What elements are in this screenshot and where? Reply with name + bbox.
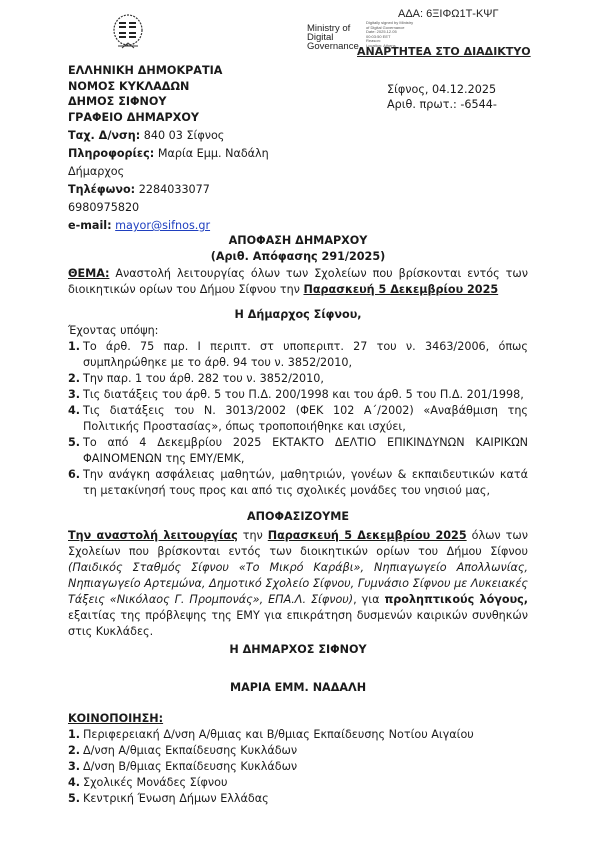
ruling-text: εξαιτίας της πρόβλεψης της ΕΜΥ για επικρ… [68, 609, 528, 638]
contact-block: Ταχ. Δ/νση: 840 03 Σίφνος Πληροφορίες: Μ… [68, 127, 269, 235]
ada-code: ΑΔΑ: 6ΞΙΦΩ1Τ-ΚΨΓ [398, 8, 499, 20]
item-text: Κεντρική Ένωση Δήμων Ελλάδας [83, 792, 269, 805]
decision-title: ΑΠΟΦΑΣΗ ΔΗΜΑΡΧΟΥ [68, 233, 528, 249]
address-row: Ταχ. Δ/νση: 840 03 Σίφνος [68, 127, 269, 145]
ministry-stamp: Ministry of Digital Governance [307, 24, 359, 51]
distribution-item: 2.Δ/νση Α/θμιας Εκπαίδευσης Κυκλάδων [68, 743, 528, 759]
item-number: 1. [68, 339, 80, 355]
issuer-line: ΔΗΜΟΣ ΣΙΦΝΟΥ [68, 94, 222, 110]
decision-number: (Αριθ. Απόφασης 291/2025) [68, 249, 528, 265]
item-number: 3. [68, 387, 80, 403]
info-label: Πληροφορίες: [68, 147, 154, 160]
consideration-item: 6.Την ανάγκη ασφάλειας μαθητών, μαθητριώ… [68, 467, 528, 499]
ruling-text: την [238, 529, 268, 542]
consideration-item: 5.Το από 4 Δεκεμβρίου 2025 ΕΚΤΑΚΤΟ ΔΕΛΤΙ… [68, 435, 528, 467]
ruling-reason: προληπτικούς λόγους, [384, 593, 528, 606]
consideration-item: 3.Τις διατάξεις του άρθ. 5 του Π.Δ. 200/… [68, 387, 528, 403]
item-number: 2. [68, 743, 80, 759]
signatory-role: Η ΔΗΜΑΡΧΟΣ ΣΙΦΝΟΥ [68, 642, 528, 658]
email-link[interactable]: mayor@sifnos.gr [115, 219, 210, 232]
consideration-item: 2.Την παρ. 1 του άρθ. 282 του ν. 3852/20… [68, 371, 528, 387]
distribution-item: 4.Σχολικές Μονάδες Σίφνου [68, 775, 528, 791]
issuer-line: ΓΡΑΦΕΙΟ ΔΗΜΑΡΧΟΥ [68, 110, 222, 126]
ministry-line: Governance [307, 42, 359, 51]
info-role: Δήμαρχος [68, 163, 269, 181]
distribution-item: 5.Κεντρική Ένωση Δήμων Ελλάδας [68, 791, 528, 807]
item-text: Την παρ. 1 του άρθ. 282 του ν. 3852/2010… [83, 372, 324, 385]
issuer-block: ΕΛΛΗΝΙΚΗ ΔΗΜΟΚΡΑΤΙΑ ΝΟΜΟΣ ΚΥΚΛΑΔΩΝ ΔΗΜΟΣ… [68, 63, 222, 125]
consideration-item: 4.Τις διατάξεις του Ν. 3013/2002 (ΦΕΚ 10… [68, 403, 528, 435]
subject-date: Παρασκευή 5 Δεκεμβρίου 2025 [303, 283, 498, 296]
mayor-heading: Η Δήμαρχος Σίφνου, [68, 307, 528, 323]
item-text: Δ/νση Β/θμιας Εκπαίδευσης Κυκλάδων [83, 760, 297, 773]
we-decide-heading: ΑΠΟΦΑΣΙΖΟΥΜΕ [68, 509, 528, 525]
phone-value: 2284033077 [139, 183, 210, 196]
item-number: 6. [68, 467, 80, 483]
info-row: Πληροφορίες: Μαρία Εμμ. Ναδάλη [68, 145, 269, 163]
consideration-item: 1.Το άρθ. 75 παρ. Ι περιπτ. στ υποπεριπτ… [68, 339, 528, 371]
item-number: 4. [68, 775, 80, 791]
place-date: Σίφνος, 04.12.2025 [387, 82, 496, 98]
posting-notice: ΑΝΑΡΤΗΤΕΑ ΣΤΟ ΔΙΑΔΙΚΤΥΟ [357, 45, 531, 58]
item-text: Περιφερειακή Δ/νση Α/θμιας και Β/θμιας Ε… [83, 728, 474, 741]
item-number: 2. [68, 371, 80, 387]
issuer-line: ΕΛΛΗΝΙΚΗ ΔΗΜΟΚΡΑΤΙΑ [68, 63, 222, 79]
item-text: Δ/νση Α/θμιας Εκπαίδευσης Κυκλάδων [83, 744, 297, 757]
item-text: Τις διατάξεις του άρθ. 5 του Π.Δ. 200/19… [83, 388, 524, 401]
phone-label: Τηλέφωνο: [68, 183, 135, 196]
signatory-name: ΜΑΡΙΑ ΕΜΜ. ΝΑΔΑΛΗ [68, 680, 528, 696]
greek-state-emblem-icon [110, 12, 146, 52]
address-label: Ταχ. Δ/νση: [68, 129, 140, 142]
info-value: Μαρία Εμμ. Ναδάλη [158, 147, 269, 160]
considering-label: Έχοντας υπόψη: [68, 323, 528, 339]
distribution-title: ΚΟΙΝΟΠΟΙΗΣΗ: [68, 711, 528, 727]
item-number: 1. [68, 727, 80, 743]
distribution-list: 1.Περιφερειακή Δ/νση Α/θμιας και Β/θμιας… [68, 727, 528, 807]
subject-label: ΘΕΜΑ: [68, 267, 109, 280]
item-text: Σχολικές Μονάδες Σίφνου [83, 776, 227, 789]
item-text: Την ανάγκη ασφάλειας μαθητών, μαθητριών,… [83, 468, 528, 497]
item-number: 5. [68, 435, 80, 451]
address-value: 840 03 Σίφνος [144, 129, 225, 142]
item-text: Τις διατάξεις του Ν. 3013/2002 (ΦΕΚ 102 … [83, 404, 528, 433]
item-number: 5. [68, 791, 80, 807]
ruling-paragraph: Την αναστολή λειτουργίας την Παρασκευή 5… [68, 528, 528, 640]
distribution-item: 3.Δ/νση Β/θμιας Εκπαίδευσης Κυκλάδων [68, 759, 528, 775]
ruling-suspension: Την αναστολή λειτουργίας [68, 529, 238, 542]
item-number: 3. [68, 759, 80, 775]
phone-row: Τηλέφωνο: 2284033077 [68, 181, 269, 199]
item-number: 4. [68, 403, 80, 419]
issuer-line: ΝΟΜΟΣ ΚΥΚΛΑΔΩΝ [68, 79, 222, 95]
item-text: Το από 4 Δεκεμβρίου 2025 ΕΚΤΑΚΤΟ ΔΕΛΤΙΟ … [83, 436, 528, 465]
distribution-item: 1.Περιφερειακή Δ/νση Α/θμιας και Β/θμιας… [68, 727, 528, 743]
phone-value-2: 6980975820 [68, 199, 269, 217]
subject: ΘΕΜΑ: Αναστολή λειτουργίας όλων των Σχολ… [68, 266, 528, 298]
email-label: e-mail: [68, 219, 112, 232]
ruling-date: Παρασκευή 5 Δεκεμβρίου 2025 [268, 529, 467, 542]
protocol-number: Αριθ. πρωτ.: -6544- [387, 97, 497, 113]
item-text: Το άρθ. 75 παρ. Ι περιπτ. στ υποπεριπτ. … [83, 340, 528, 369]
considerations-list: 1.Το άρθ. 75 παρ. Ι περιπτ. στ υποπεριπτ… [68, 339, 528, 499]
ruling-text: , για [353, 593, 384, 606]
